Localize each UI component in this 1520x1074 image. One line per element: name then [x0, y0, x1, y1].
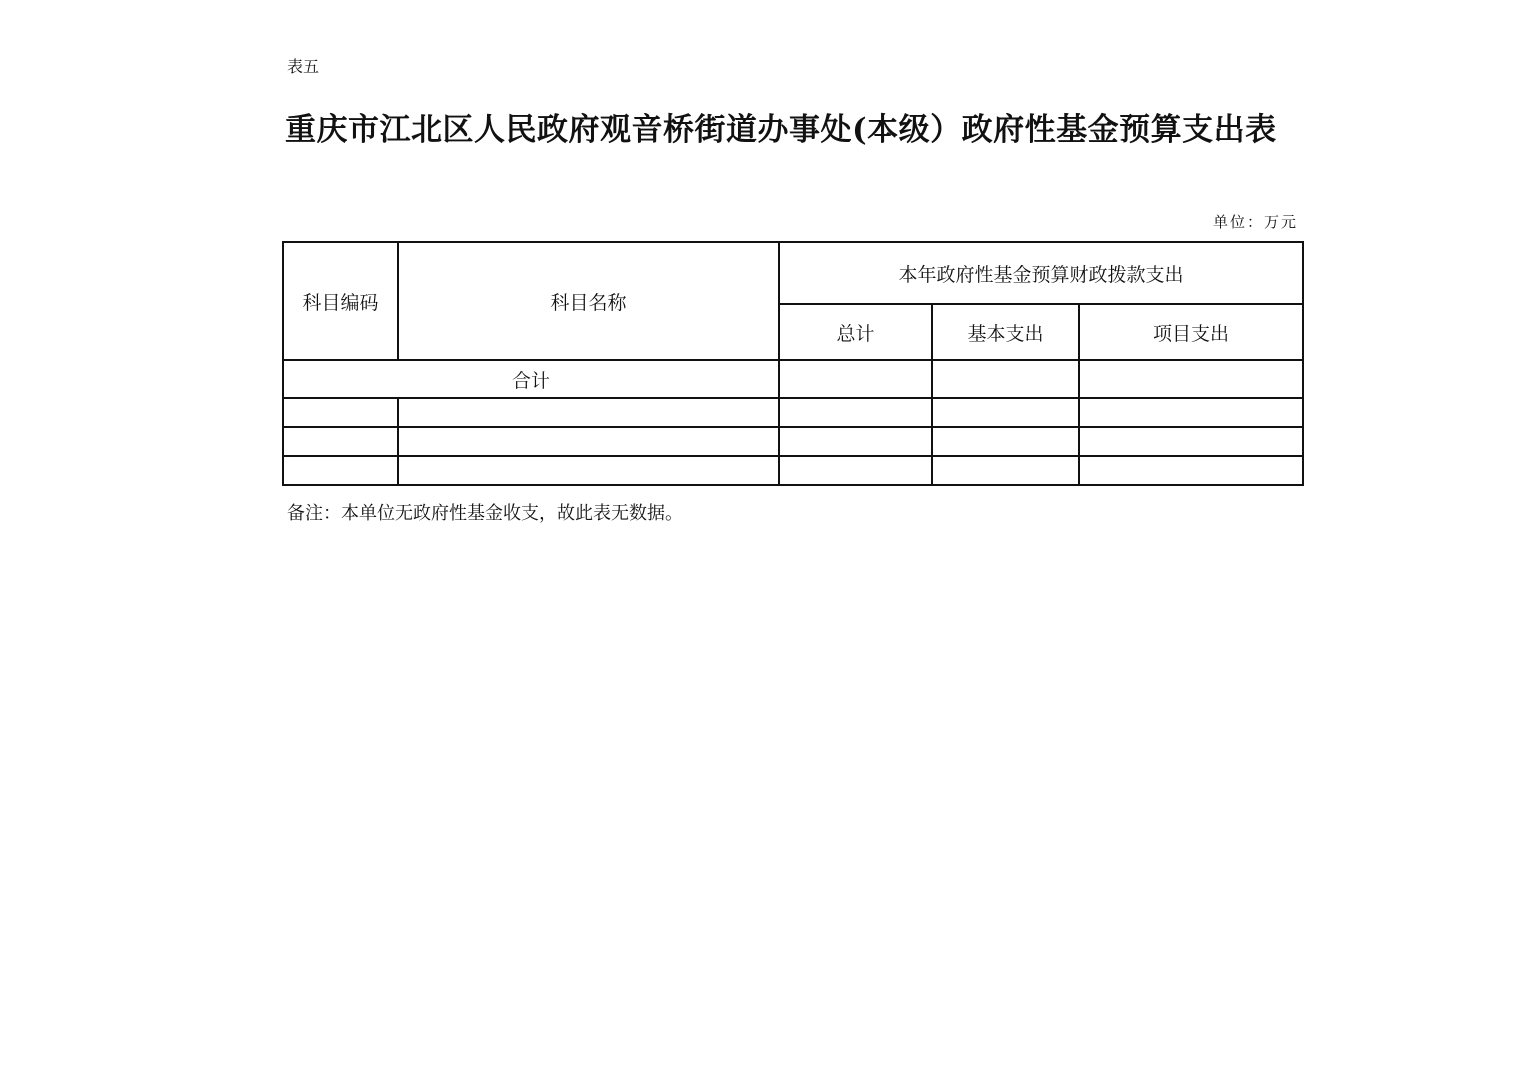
- total-label: 合计: [283, 360, 779, 398]
- cell-code: [283, 427, 398, 456]
- cell-code: [283, 398, 398, 427]
- header-name: 科目名称: [398, 242, 779, 360]
- total-total: [779, 360, 932, 398]
- cell-basic: [932, 398, 1079, 427]
- cell-name: [398, 456, 779, 485]
- cell-total: [779, 398, 932, 427]
- cell-project: [1079, 427, 1303, 456]
- total-basic: [932, 360, 1079, 398]
- cell-total: [779, 427, 932, 456]
- header-code: 科目编码: [283, 242, 398, 360]
- cell-name: [398, 398, 779, 427]
- cell-project: [1079, 398, 1303, 427]
- header-basic: 基本支出: [932, 304, 1079, 360]
- header-project: 项目支出: [1079, 304, 1303, 360]
- cell-code: [283, 456, 398, 485]
- unit-label: 单位：万元: [1213, 211, 1298, 232]
- cell-basic: [932, 427, 1079, 456]
- table-row: [283, 427, 1303, 456]
- table-label: 表五: [287, 54, 319, 77]
- remark-note: 备注：本单位无政府性基金收支，故此表无数据。: [287, 499, 683, 525]
- header-row-1: 科目编码 科目名称 本年政府性基金预算财政拨款支出: [283, 242, 1303, 304]
- page-title: 重庆市江北区人民政府观音桥街道办事处(本级）政府性基金预算支出表: [285, 104, 1305, 149]
- table-row: [283, 456, 1303, 485]
- cell-name: [398, 427, 779, 456]
- cell-total: [779, 456, 932, 485]
- table-row: [283, 398, 1303, 427]
- cell-project: [1079, 456, 1303, 485]
- total-project: [1079, 360, 1303, 398]
- total-row: 合计: [283, 360, 1303, 398]
- cell-basic: [932, 456, 1079, 485]
- header-total: 总计: [779, 304, 932, 360]
- header-group: 本年政府性基金预算财政拨款支出: [779, 242, 1303, 304]
- budget-table: 科目编码 科目名称 本年政府性基金预算财政拨款支出 总计 基本支出 项目支出 合…: [282, 241, 1304, 486]
